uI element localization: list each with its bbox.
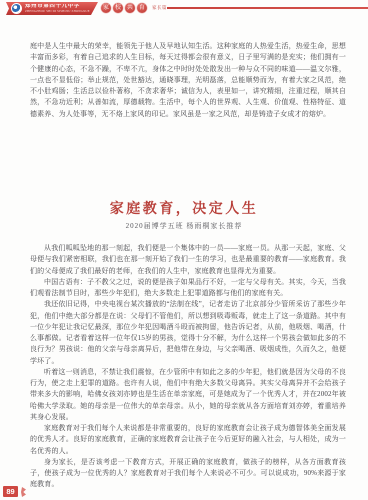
school-name-group: 郑州市第四十九中学 ZHENGZHOU SHI DI SISHIJIU ZHON… xyxy=(25,4,90,13)
header-badge: 校 xyxy=(113,3,123,13)
page-number-badge: 89 xyxy=(3,486,18,497)
header-badge: 家 xyxy=(101,3,111,13)
article-top-text: 庭中是人生中最大的荣幸，能领先于他人及早地认知生活。这种家庭的人热爱生活，热爱生… xyxy=(30,41,346,120)
article-body: 从我们呱呱坠地的那一刻起，我们便是一个集体中的一员——家庭一员。从那一天起，家庭… xyxy=(30,243,346,491)
paragraph: 身为家长，是否该考虑一下教育方式，开展正确的家庭教育，做孩子的榜样，从各方面教育… xyxy=(30,457,346,491)
paragraph: 庭中是人生中最大的荣幸，能领先于他人及早地认知生活。这种家庭的人热爱生活，热爱生… xyxy=(30,41,346,120)
header-badge: 共 xyxy=(125,3,135,13)
header-ribbon: 郑州市第四十九中学 ZHENGZHOU SHI DI SISHIJIU ZHON… xyxy=(6,2,98,15)
school-name-pinyin: ZHENGZHOU SHI DI SISHIJIU ZHONGXUE xyxy=(25,10,90,13)
paragraph: 从我们呱呱坠地的那一刻起，我们便是一个集体中的一员——家庭一员。从那一天起，家庭… xyxy=(30,243,346,277)
header-rule xyxy=(167,7,368,9)
paragraph: 听着这一则消息，不禁让我们震惊，在少管所中有如此之多的少年犯，他们就是因为父母的… xyxy=(30,367,346,423)
paragraph: 我还依旧记得，中央电视台某次播放的“法制在线”，记者走访了北京部分少管所采访了那… xyxy=(30,299,346,367)
school-logo-icon xyxy=(11,3,22,14)
header-badge: 育 xyxy=(137,3,147,13)
book-page: 郑州市第四十九中学 ZHENGZHOU SHI DI SISHIJIU ZHON… xyxy=(0,0,368,500)
header-badges: 家 校 共 育 xyxy=(101,3,147,13)
page-number-ribbon-icon xyxy=(21,487,26,497)
article-byline: 2020届博学五班 杨雨桐家长推荐 xyxy=(0,221,368,231)
paragraph: 家庭教育对于我们每个人来说都是非常重要的，良好的家庭教育会让孩子成为德智体美全面… xyxy=(30,423,346,457)
paragraph: 中国古语有：子不教父之过，说的便是孩子如果品行不好，一定与父母有关。其实，今天，… xyxy=(30,277,346,300)
header-section-label: 家长篇 xyxy=(152,5,167,11)
article-title: 家庭教育，决定人生 xyxy=(0,198,368,218)
